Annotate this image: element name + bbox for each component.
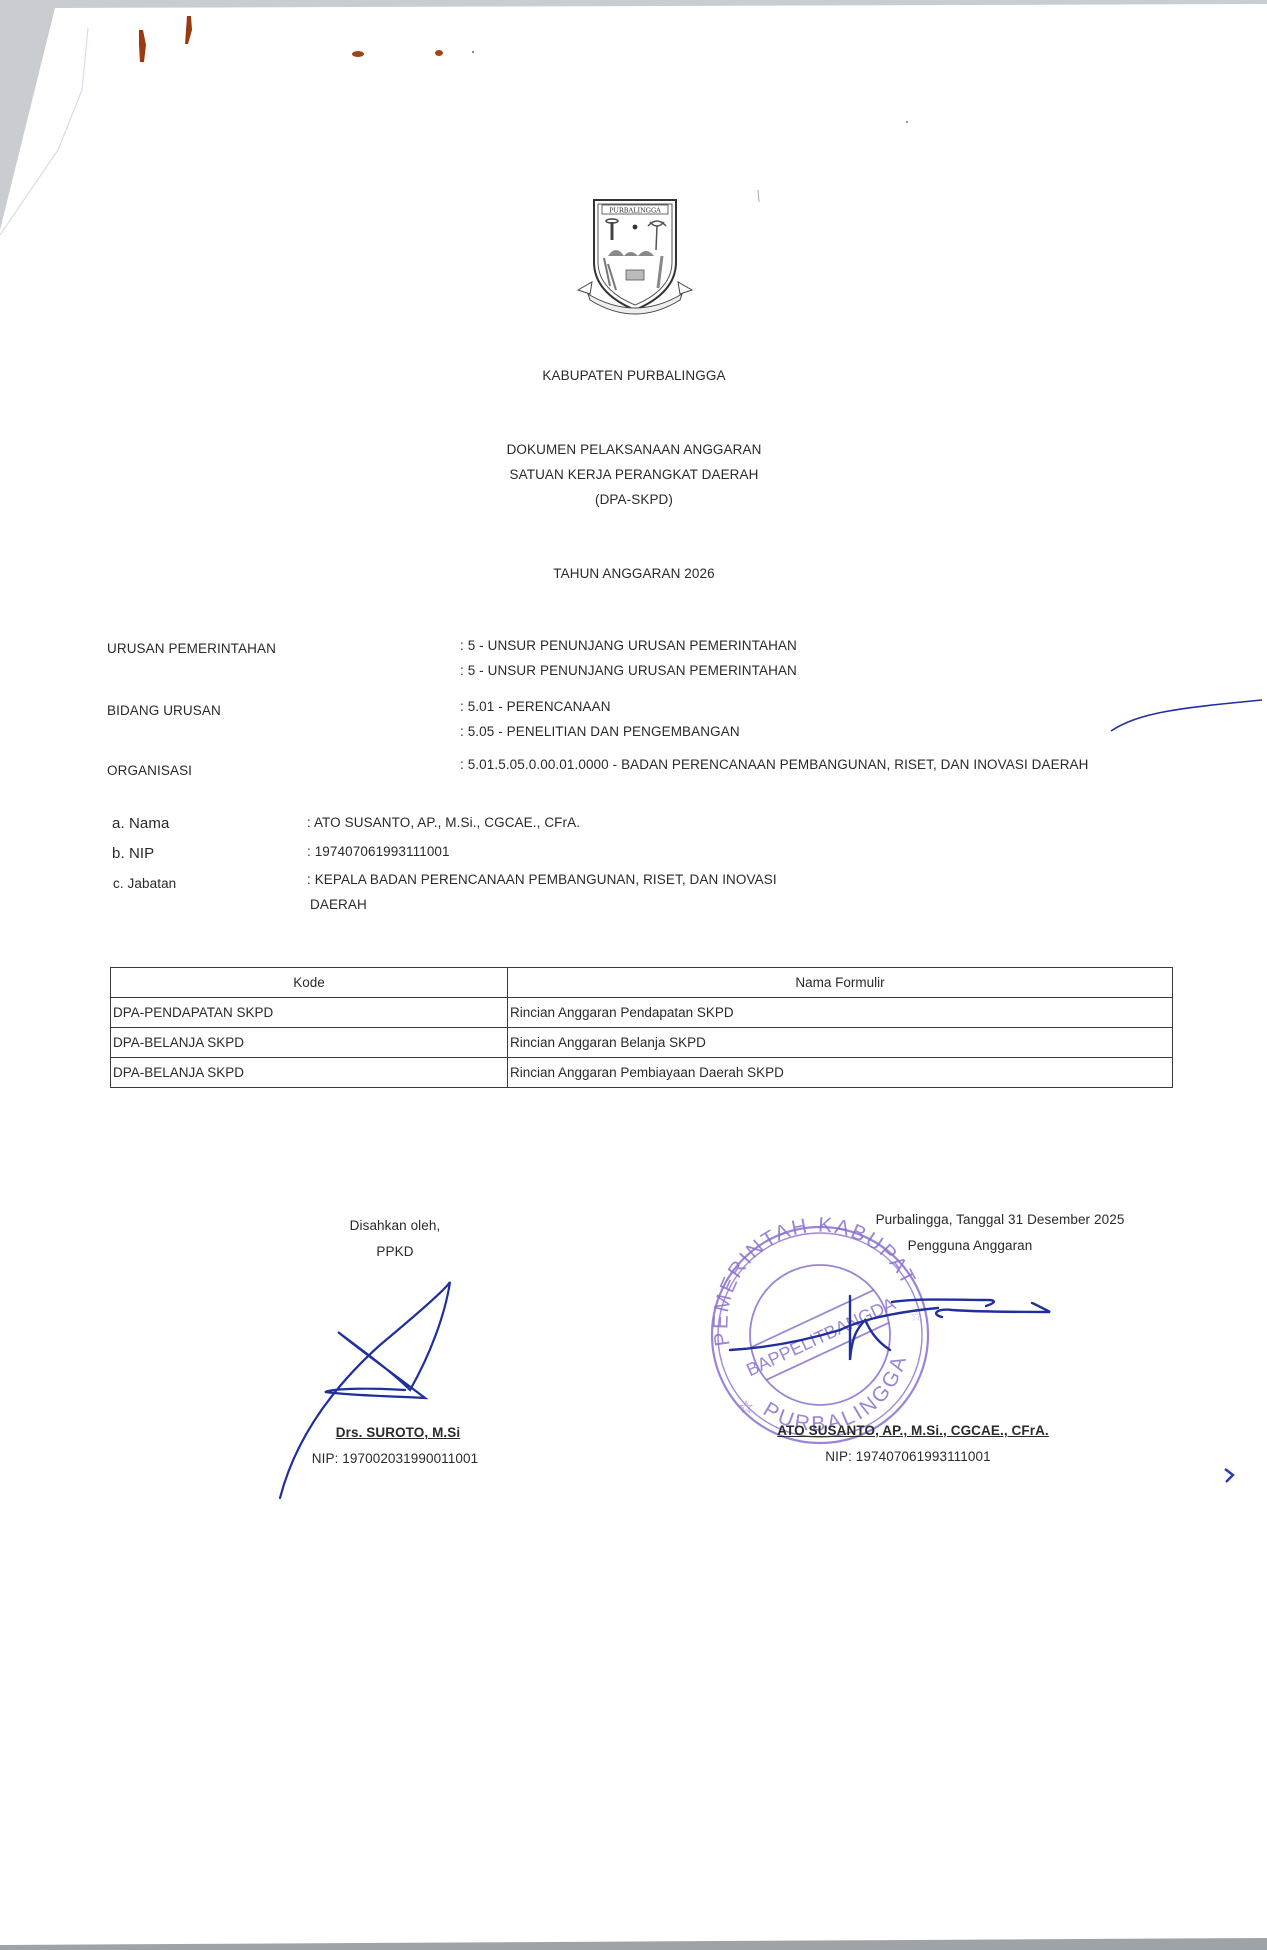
column-header-kode: Kode xyxy=(111,968,508,998)
urusan-value-1: : 5 - UNSUR PENUNJANG URUSAN PEMERINTAHA… xyxy=(460,639,797,653)
ppkd-caption: PPKD xyxy=(376,1245,413,1259)
table-row: DPA-PENDAPATAN SKPD Rincian Anggaran Pen… xyxy=(111,998,1173,1028)
approved-by-caption: Disahkan oleh, xyxy=(350,1219,441,1233)
purbalingga-crest-icon: PURBALINGGA xyxy=(572,190,698,320)
scanned-page: PURBALINGGA KABUPATEN PURBALINGGA DOKUME… xyxy=(0,0,1267,1950)
column-header-nama-formulir: Nama Formulir xyxy=(508,968,1173,998)
budget-user-nip: NIP: 197407061993111001 xyxy=(825,1450,990,1464)
ppkd-nip: NIP: 197002031990011001 xyxy=(312,1452,478,1466)
organisasi-label: ORGANISASI xyxy=(107,764,192,778)
forms-table: Kode Nama Formulir DPA-PENDAPATAN SKPD R… xyxy=(110,967,1173,1088)
jabatan-label: c. Jabatan xyxy=(113,877,176,891)
nama-formulir-cell: Rincian Anggaran Belanja SKPD xyxy=(508,1028,1173,1058)
place-date: Purbalingga, Tanggal 31 Desember 2025 xyxy=(876,1213,1125,1227)
fiscal-year: TAHUN ANGGARAN 2026 xyxy=(553,567,714,581)
kode-cell: DPA-PENDAPATAN SKPD xyxy=(111,998,508,1028)
urusan-label: URUSAN PEMERINTAHAN xyxy=(107,642,276,656)
table-row: DPA-BELANJA SKPD Rincian Anggaran Belanj… xyxy=(111,1028,1173,1058)
title-line-2: SATUAN KERJA PERANGKAT DAERAH xyxy=(510,468,759,482)
crest-label: PURBALINGGA xyxy=(609,207,661,215)
table-header-row: Kode Nama Formulir xyxy=(111,968,1173,998)
nama-formulir-cell: Rincian Anggaran Pendapatan SKPD xyxy=(508,998,1173,1028)
budget-user-role: Pengguna Anggaran xyxy=(908,1239,1033,1253)
kode-cell: DPA-BELANJA SKPD xyxy=(111,1058,508,1088)
budget-user-name: ATO SUSANTO, AP., M.Si., CGCAE., CFrA. xyxy=(777,1424,1049,1438)
nama-value: : ATO SUSANTO, AP., M.Si., CGCAE., CFrA. xyxy=(307,816,580,830)
bidang-label: BIDANG URUSAN xyxy=(107,704,221,718)
ppkd-name: Drs. SUROTO, M.Si xyxy=(336,1426,460,1440)
title-line-1: DOKUMEN PELAKSANAAN ANGGARAN xyxy=(507,443,762,457)
regency-name: KABUPATEN PURBALINGGA xyxy=(542,369,725,383)
jabatan-value-line1: : KEPALA BADAN PERENCANAAN PEMBANGUNAN, … xyxy=(307,873,777,887)
nip-label: b. NIP xyxy=(112,846,154,861)
urusan-value-2: : 5 - UNSUR PENUNJANG URUSAN PEMERINTAHA… xyxy=(460,664,797,678)
bidang-value-2: : 5.05 - PENELITIAN DAN PENGEMBANGAN xyxy=(460,725,740,739)
nip-value: : 197407061993111001 xyxy=(307,845,450,859)
kode-cell: DPA-BELANJA SKPD xyxy=(111,1028,508,1058)
table-row: DPA-BELANJA SKPD Rincian Anggaran Pembia… xyxy=(111,1058,1173,1088)
bidang-value-1: : 5.01 - PERENCANAAN xyxy=(460,700,611,714)
title-line-3: (DPA-SKPD) xyxy=(595,493,673,507)
nama-label: a. Nama xyxy=(112,816,169,831)
nama-formulir-cell: Rincian Anggaran Pembiayaan Daerah SKPD xyxy=(508,1058,1173,1088)
organisasi-value: : 5.01.5.05.0.00.01.0000 - BADAN PERENCA… xyxy=(460,758,1089,772)
jabatan-value-line2: DAERAH xyxy=(310,898,367,912)
